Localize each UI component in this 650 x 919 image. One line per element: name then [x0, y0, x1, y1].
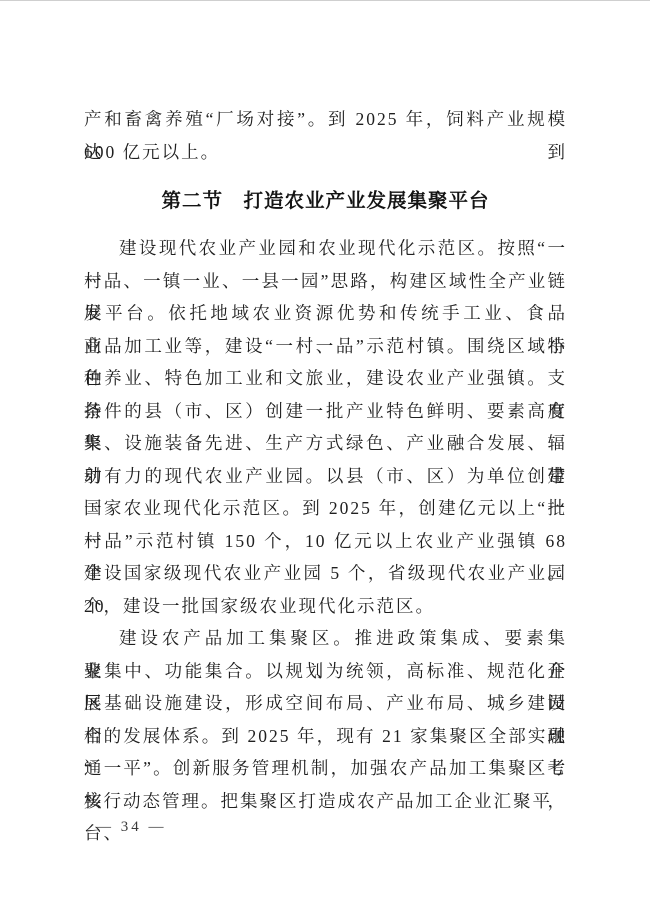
text-line: 通一平”。创新服务管理机制，加强农产品加工集聚区考核，: [84, 752, 567, 785]
text-line: 一品、一镇一业、一县一园”思路，构建区域性全产业链发: [84, 265, 567, 298]
paragraph-1: 建设现代农业产业园和农业现代化示范区。按照“一村 一品、一镇一业、一县一园”思路…: [84, 232, 567, 622]
document-body: 产和畜禽养殖“厂场对接”。到 2025 年，饲料产业规模达到 600 亿元以上。…: [84, 103, 567, 817]
page-number: — 34 —: [96, 819, 167, 835]
text-line: 产和畜禽养殖“厂场对接”。到 2025 年，饲料产业规模达到: [84, 103, 567, 136]
paragraph-intro-continuation: 产和畜禽养殖“厂场对接”。到 2025 年，饲料产业规模达到 600 亿元以上。: [84, 103, 567, 168]
page-footer: — 34 —: [96, 819, 167, 836]
document-page: 产和畜禽养殖“厂场对接”。到 2025 年，饲料产业规模达到 600 亿元以上。…: [0, 0, 650, 919]
text-line: 实行动态管理。把集聚区打造成农产品加工企业汇聚平台、: [84, 785, 567, 818]
text-line: 业集中、功能集合。以规划为统领，高标准、规范化开展园: [84, 655, 567, 688]
text-line: 个，建设一批国家级农业现代化示范区。: [84, 590, 567, 623]
text-line: 展平台。依托地域农业资源优势和传统手工业、食品业、小: [84, 297, 567, 330]
text-line: 建设国家级现代农业产业园 5 个，省级现代农业产业园 20: [84, 557, 567, 590]
text-line: 条件的县（市、区）创建一批产业特色鲜明、要素高度聚: [84, 395, 567, 428]
text-line: 建设农产品加工集聚区。推进政策集成、要素集聚、企: [84, 622, 567, 655]
text-line: 建设现代农业产业园和农业现代化示范区。按照“一村: [84, 232, 567, 265]
text-line: 区基础设施建设，形成空间布局、产业布局、城乡建设相融: [84, 687, 567, 720]
text-line: 商品加工业等，建设“一村一品”示范村镇。围绕区域特色: [84, 330, 567, 363]
text-line: 一品”示范村镇 150 个，10 亿元以上农业产业强镇 68 个。: [84, 525, 567, 558]
paragraph-2: 建设农产品加工集聚区。推进政策集成、要素集聚、企 业集中、功能集合。以规划为统领…: [84, 622, 567, 817]
text-line: 国家农业现代化示范区。到 2025 年，创建亿元以上“一村: [84, 492, 567, 525]
text-line: 动有力的现代农业产业园。以县（市、区）为单位创建一批: [84, 460, 567, 493]
text-line: 集、设施装备先进、生产方式绿色、产业融合发展、辐射带: [84, 427, 567, 460]
text-line: 合的发展体系。到 2025 年，现有 21 家集聚区全部实现“七: [84, 720, 567, 753]
text-line: 种养业、特色加工业和文旅业，建设农业产业强镇。支持有: [84, 362, 567, 395]
section-heading: 第二节 打造农业产业发展集聚平台: [84, 185, 567, 218]
